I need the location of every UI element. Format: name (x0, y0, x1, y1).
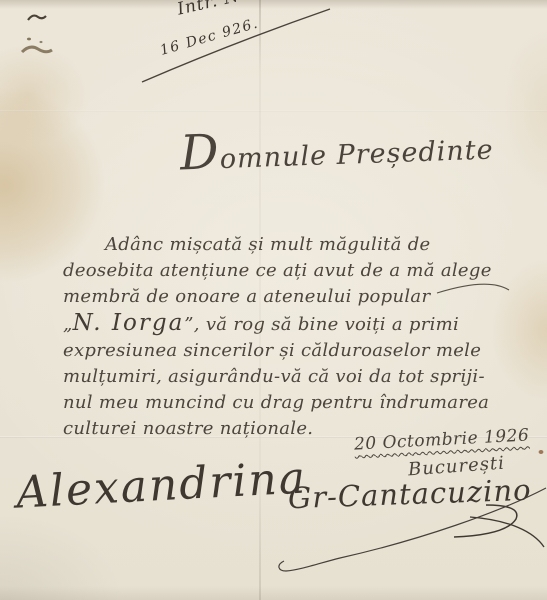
signature-given-name: Alexandrina (15, 452, 308, 518)
body-line-4: „N. Iorga”, vă rog să bine voiți a primi (63, 310, 518, 338)
fold-crease-horizontal-top (0, 110, 547, 112)
salutation: Domnule Președinte (179, 115, 494, 182)
signature-tail-flourish (454, 505, 517, 537)
signature-flourish-right (470, 517, 544, 547)
body-line-7: nul meu muncind cu drag pentru îndrumare… (63, 390, 518, 416)
quote-open: „ (63, 314, 73, 335)
registration-note: Intr. N° 47 16 Dec 926. (150, 0, 287, 56)
ink-smudge-brown (22, 47, 52, 52)
body-line-6: mulțumiri, asigurându-vă că voi da tot s… (63, 364, 518, 390)
body-line-1: Adânc mișcată și mult măgulită de (63, 232, 518, 258)
letter-body: Adânc mișcată și mult măgulită de deoseb… (63, 232, 518, 442)
body-line-2: deosebita atențiune ce ați avut de a mă … (63, 258, 518, 284)
ink-speck-date (539, 450, 544, 454)
iorga-name: N. Iorga (73, 310, 185, 336)
ink-speck (27, 38, 31, 41)
body-line-4-rest: ”, vă rog să bine voiți a primi (184, 314, 459, 335)
ink-speck (40, 41, 43, 43)
body-line-5: expresiunea sincerilor și călduroaselor … (63, 338, 518, 364)
ink-smudge-dark (28, 16, 46, 20)
signature-family-name: Gr-Cantacuzino (287, 473, 532, 515)
body-line-3: membră de onoare a ateneului popular (63, 284, 518, 310)
letter-page: Intr. N° 47 16 Dec 926. Domnule Președin… (0, 0, 547, 600)
